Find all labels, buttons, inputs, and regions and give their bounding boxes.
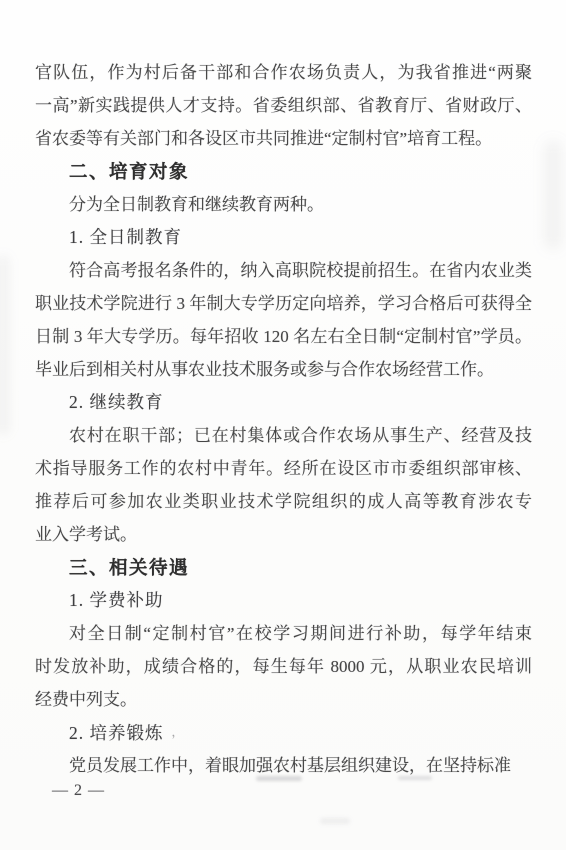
document-body: 官队伍，作为村后备干部和合作农场负责人，为我省推进“两聚 一高”新实践提供人才支… xyxy=(35,56,532,782)
section-heading-cultivation-targets: 二、培育对象 xyxy=(35,155,532,188)
body-line: 毕业后到相关村从事农业技术服务或参与合作农场经营工作。 xyxy=(35,353,532,386)
body-line: 对全日制“定制村官”在校学习期间进行补助，每学年结束 xyxy=(35,617,532,650)
body-line: 术指导服务工作的农村中青年。经所在设区市市委组织部审核、 xyxy=(35,452,532,485)
body-line: 分为全日制教育和继续教育两种。 xyxy=(35,188,532,221)
intro-paragraph-line: 官队伍，作为村后备干部和合作农场负责人，为我省推进“两聚 xyxy=(35,56,532,89)
body-line: 时发放补助，成绩合格的，每生每年 8000 元，从职业农民培训 xyxy=(35,650,532,683)
subsection-heading-label: 2. 培养锻炼 xyxy=(69,723,164,743)
subsection-heading-training-exercise: 2. 培养锻炼， xyxy=(35,716,532,749)
subsection-heading-tuition-subsidy: 1. 学费补助 xyxy=(35,584,532,617)
scan-artifact-smudge xyxy=(320,818,350,824)
body-line: 符合高考报名条件的，纳入高职院校提前招生。在省内农业类 xyxy=(35,254,532,287)
subsection-heading-fulltime-education: 1. 全日制教育 xyxy=(35,221,532,254)
scan-artifact-right-margin xyxy=(544,140,562,250)
scan-stray-mark: ， xyxy=(164,725,185,739)
body-line: 农村在职干部；已在村集体或合作农场从事生产、经营及技 xyxy=(35,419,532,452)
body-line: 经费中列支。 xyxy=(35,683,532,716)
scanned-document-page: 官队伍，作为村后备干部和合作农场负责人，为我省推进“两聚 一高”新实践提供人才支… xyxy=(0,0,566,850)
section-heading-related-benefits: 三、相关待遇 xyxy=(35,551,532,584)
scan-artifact-left-edge xyxy=(0,255,10,435)
subsection-heading-continuing-education: 2. 继续教育 xyxy=(35,386,532,419)
page-number: — 2 — xyxy=(52,782,105,800)
body-line: 职业技术学院进行 3 年制大专学历定向培养，学习合格后可获得全 xyxy=(35,287,532,320)
intro-paragraph-line: 一高”新实践提供人才支持。省委组织部、省教育厅、省财政厅、 xyxy=(35,89,532,122)
body-line: 日制 3 年大专学历。每年招收 120 名左右全日制“定制村官”学员。 xyxy=(35,320,532,353)
body-line: 推荐后可参加农业类职业技术学院组织的成人高等教育涉农专 xyxy=(35,485,532,518)
intro-paragraph-line: 省农委等有关部门和各设区市共同推进“定制村官”培育工程。 xyxy=(35,122,532,155)
body-line: 党员发展工作中，着眼加强农村基层组织建设，在坚持标准 xyxy=(35,749,532,782)
body-line: 业入学考试。 xyxy=(35,518,532,551)
